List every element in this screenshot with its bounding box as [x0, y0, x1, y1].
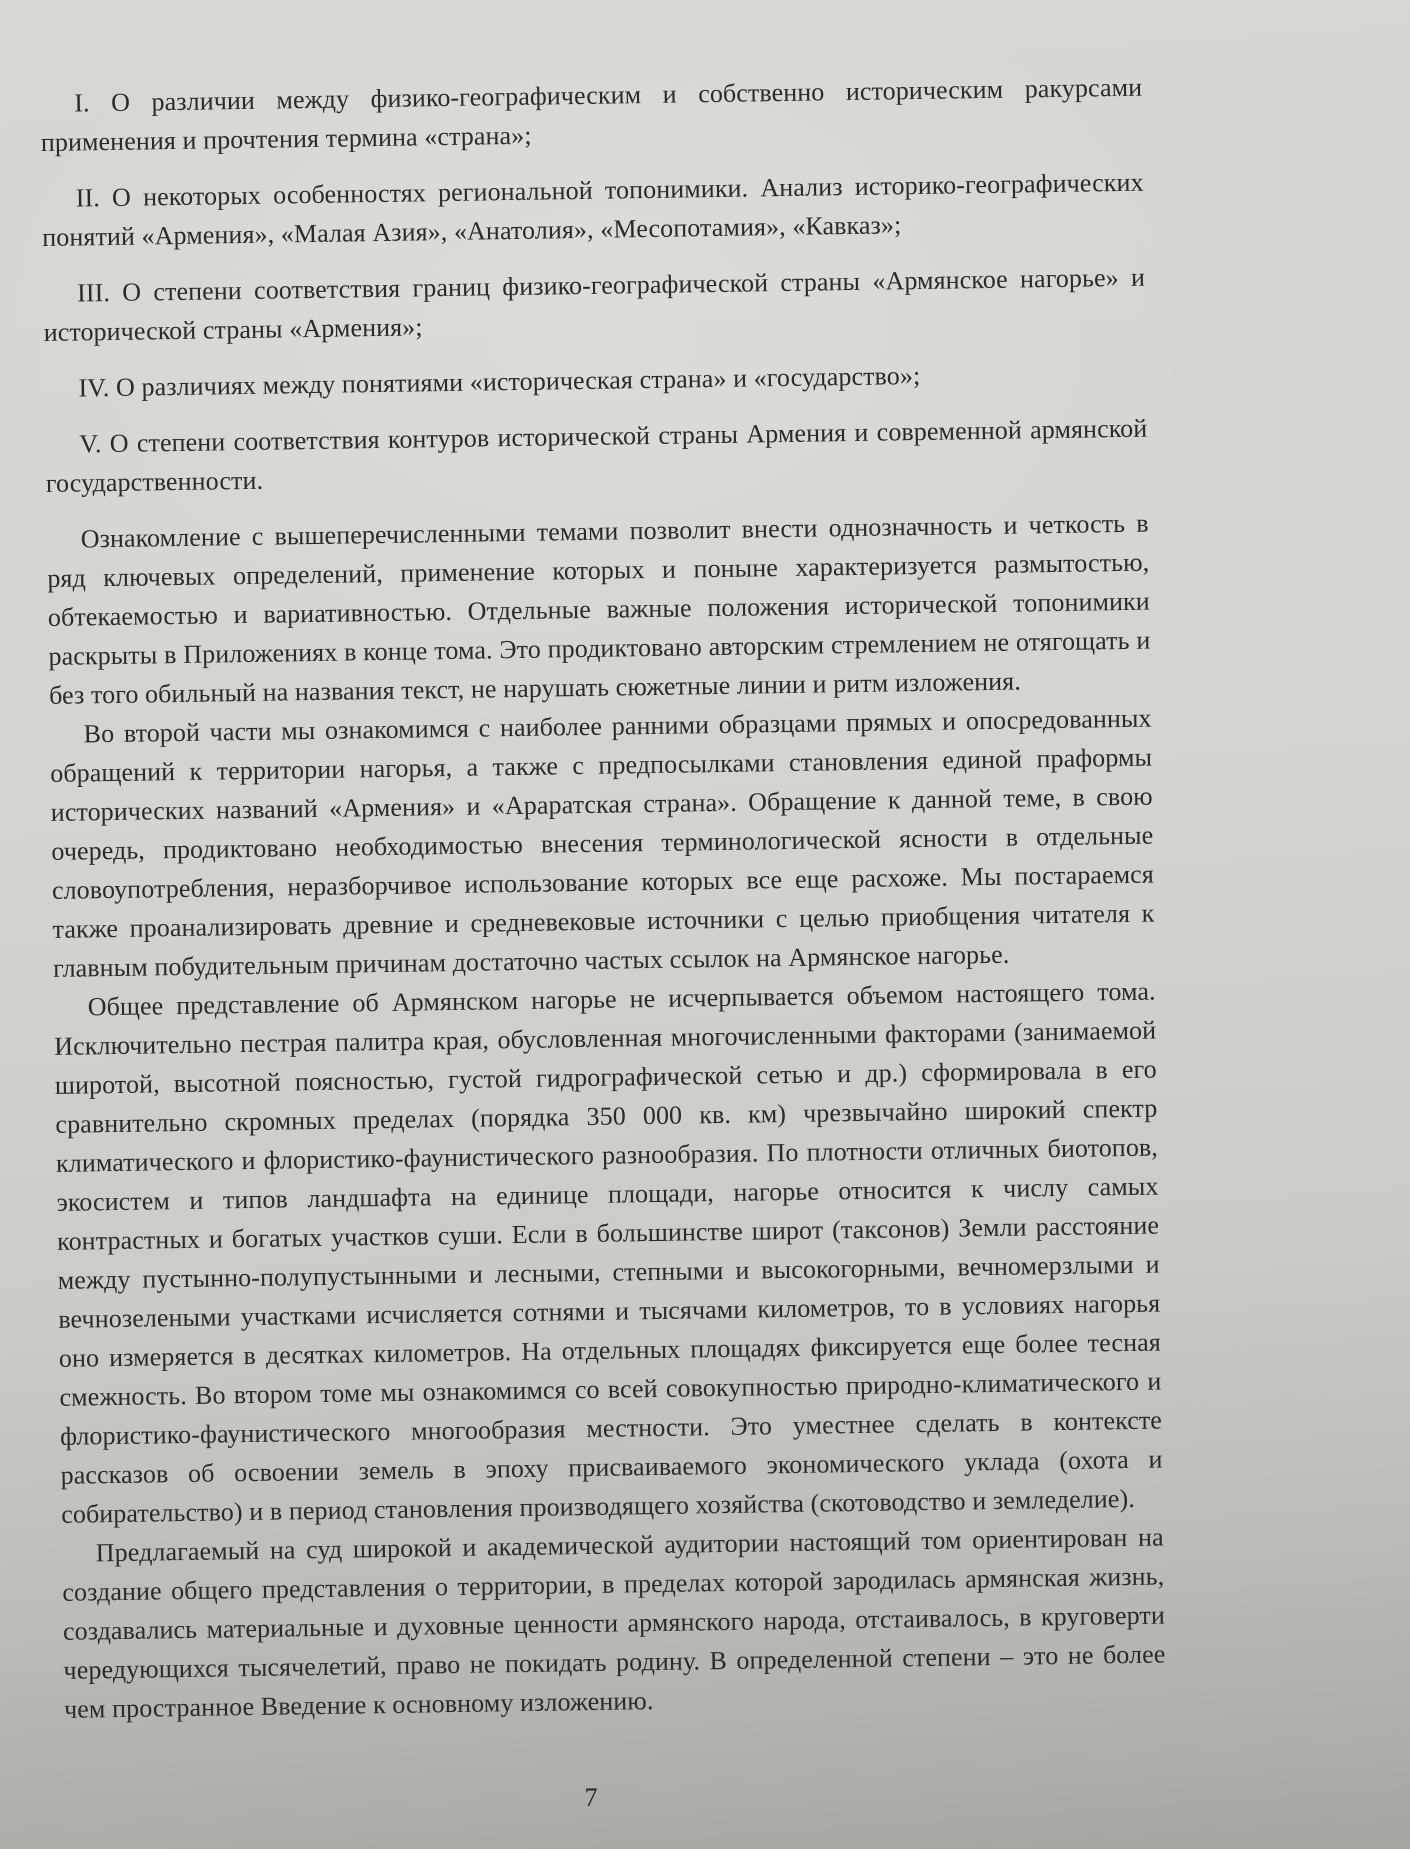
paragraph-3: Общее представление об Армянском нагорье…	[53, 972, 1163, 1534]
scanned-book-page: I. О различии между физико-географически…	[0, 0, 1410, 1849]
paragraph-1: Ознакомление с вышеперечисленными темами…	[46, 504, 1151, 715]
paragraph-2: Во второй части мы ознакомимся с наиболе…	[49, 699, 1155, 988]
list-item-5: V. О степени соответствия контуров истор…	[45, 409, 1148, 503]
list-item-4: IV. О различиях между понятиями «историч…	[44, 353, 1146, 408]
paragraph-4: Предлагаемый на суд широкой и академичес…	[62, 1517, 1167, 1728]
list-item-2: II. О некоторых особенностях регионально…	[41, 163, 1144, 257]
list-item-3: III. О степени соответствия границ физик…	[43, 258, 1146, 352]
page-content: I. О различии между физико-географически…	[40, 68, 1166, 1729]
page-number: 7	[40, 1783, 1142, 1813]
list-item-1: I. О различии между физико-географически…	[40, 68, 1143, 162]
